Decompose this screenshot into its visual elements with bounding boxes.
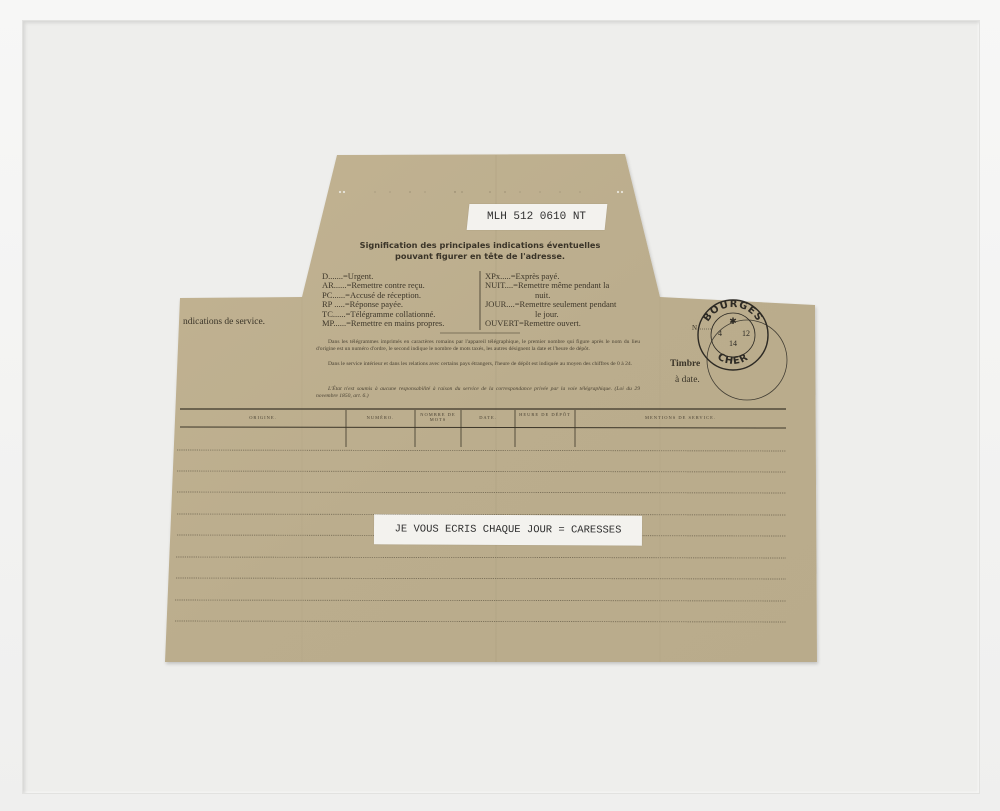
postmark-year: 14: [729, 339, 737, 348]
legend-item: NUIT....=Remettre même pendant la: [485, 281, 616, 290]
telegram-paper: BOURGES CHER ✱ 4 12 14 N MLH 512 0610 NT…: [0, 0, 1000, 811]
timbre-label: Timbre à date.: [670, 356, 700, 388]
timbre-line1: Timbre: [670, 356, 700, 372]
postmark-hour: 12: [742, 329, 750, 338]
column-mentions-de-service: MENTIONS DE SERVICE.: [575, 415, 786, 420]
legend-item: MP......=Remettre en mains propres.: [322, 319, 444, 328]
disclaimer: L'État n'est soumis à aucune responsabil…: [316, 386, 640, 401]
column-numero: NUMÉRO.: [346, 415, 415, 420]
column-origine: ORIGINE.: [180, 415, 346, 420]
number-mark: N: [692, 324, 697, 332]
paper-shape: BOURGES CHER ✱ 4 12 14 N: [0, 0, 1000, 811]
postmark-day: 4: [718, 329, 722, 338]
timbre-line2: à date.: [670, 372, 700, 388]
service-indications-label: ndications de service.: [183, 317, 265, 327]
legend-title: Signification des principales indication…: [330, 240, 630, 262]
message-strip: JE VOUS ECRIS CHAQUE JOUR = CARESSES: [374, 514, 642, 545]
legend-left-column: D.......=Urgent. AR......=Remettre contr…: [322, 272, 444, 328]
header-code-strip: MLH 512 0610 NT: [467, 204, 608, 230]
postmark-star: ✱: [729, 317, 737, 327]
legend-right-column: XPx.....=Exprès payé. NUIT....=Remettre …: [485, 272, 616, 328]
message-text: JE VOUS ECRIS CHAQUE JOUR = CARESSES: [395, 523, 622, 536]
notes-paragraph-1: Dans les télégrammes imprimés en caractè…: [316, 339, 640, 354]
column-heure-de-depot: HEURE DE DÉPÔT: [518, 412, 572, 417]
legend-item: OUVERT=Remettre ouvert.: [485, 319, 616, 328]
column-date: DATE.: [461, 415, 515, 420]
notes-paragraph-2: Dans le service intérieur et dans les re…: [316, 361, 640, 368]
legend-title-line1: Signification des principales indication…: [330, 240, 630, 251]
legend-title-line2: pouvant figurer en tête de l'adresse.: [330, 251, 630, 262]
header-code: MLH 512 0610 NT: [487, 204, 586, 230]
column-nombre-de-mots: NOMBRE DE MOTS: [418, 412, 458, 422]
